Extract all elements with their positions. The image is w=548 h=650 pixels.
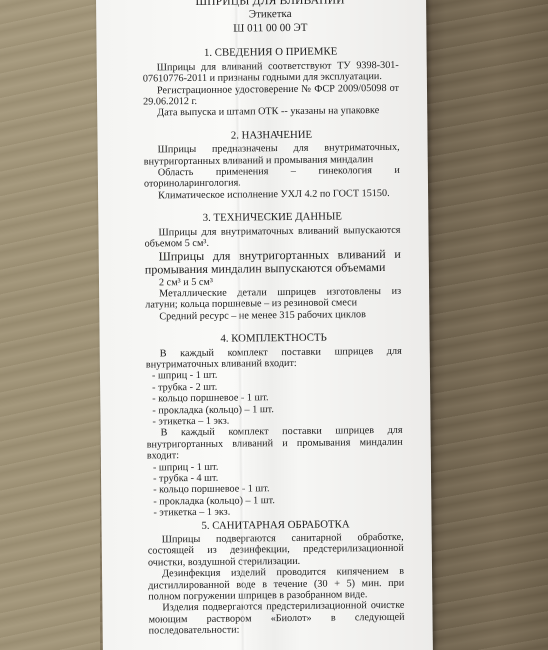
section-4-intro-uterine: В каждый комплект поставки шприцев для в… [146,345,402,370]
section-3-lifetime-text: Средний ресурс – не менее 315 рабочих ци… [145,309,401,323]
section-3-heading: 3. ТЕХНИЧЕСКИЕ ДАННЫЕ [144,211,400,225]
section-1-acceptance-text: Шприцы для вливаний соответствуют ТУ 939… [143,60,399,85]
section-2-application-text: Область применения – гинекология и отори… [144,165,400,190]
section-2-purpose-text: Шприцы предназначены для внутриматочных,… [144,142,400,167]
document-code: Ш 011 00 00 ЭТ [142,20,398,37]
section-4-heading: 4. КОМПЛЕКТНОСТЬ [146,332,402,346]
section-4-list-laryngeal: шприц - 1 шт. трубка - 4 шт. кольцо порш… [147,459,404,519]
printed-leaflet: ШПРИЦЫ ДЛЯ ВЛИВАНИЙ Этикетка Ш 011 00 00… [96,0,433,650]
list-item: этикетка – 1 экз. [153,505,403,519]
wooden-table-right [420,0,548,650]
section-1-release-date-text: Дата выпуска и штамп ОТК -- указаны на у… [143,105,399,119]
section-2-climate-text: Климатическое исполнение УХЛ 4.2 по ГОСТ… [144,188,400,202]
section-2-heading: 2. НАЗНАЧЕНИЕ [143,129,399,143]
wooden-table-left [0,0,100,650]
section-4-list-uterine: шприц - 1 шт. трубка - 2 шт. кольцо порш… [146,368,403,428]
leaflet-content: ШПРИЦЫ ДЛЯ ВЛИВАНИЙ Этикетка Ш 011 00 00… [142,0,405,637]
section-3-materials-text: Металлические детали шприцев изготовлены… [145,286,401,311]
section-4-intro-laryngeal: В каждый комплект поставки шприцев для в… [147,425,403,462]
section-1-heading: 1. СВЕДЕНИЯ О ПРИЕМКЕ [143,46,399,60]
section-5-heading: 5. САНИТАРНАЯ ОБРАБОТКА [148,518,404,532]
section-5-treatment-text: Шприцы подвергаются санитарной обработке… [148,532,404,569]
section-3-uterine-volume-text: Шприцы для внутриматочных вливаний выпус… [144,225,400,250]
section-3-laryngeal-volume-text: Шприцы для внутригортанных вливаний и пр… [145,247,401,277]
section-5-cleaning-text: Изделия подвергаются предстерилизационно… [148,600,404,637]
section-1-registration-text: Регистрационное удостоверение № ФСР 2009… [143,82,399,107]
section-5-disinfection-text: Дезинфекция изделий проводится кипячение… [148,566,404,603]
